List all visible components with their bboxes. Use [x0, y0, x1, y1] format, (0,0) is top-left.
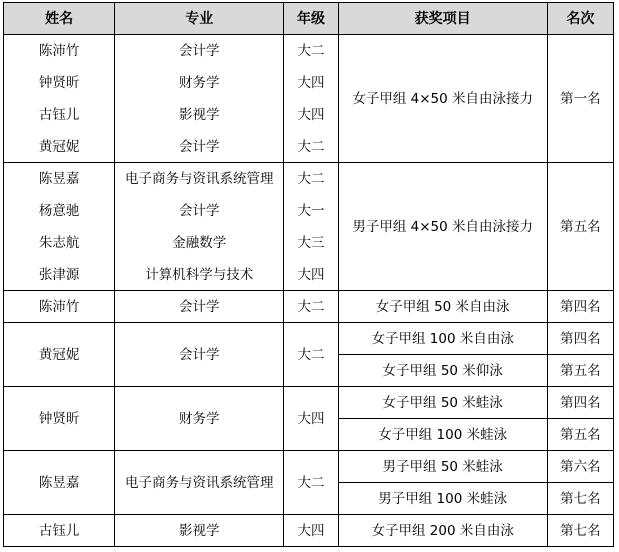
name-cell: 古钰儿 — [4, 515, 115, 547]
name-cell: 陈昱嘉 — [4, 451, 115, 515]
name-cell: 钟贤昕 — [4, 387, 115, 451]
member-grade: 大四 — [284, 259, 337, 291]
header-name: 姓名 — [4, 3, 115, 35]
relay-majors-cell: 电子商务与资讯系统管理 会计学 金融数学 计算机科学与技术 — [115, 163, 284, 291]
member-major: 金融数学 — [115, 227, 283, 259]
member-grade: 大三 — [284, 227, 337, 259]
major-cell: 会计学 — [115, 323, 284, 387]
grade-cell: 大四 — [284, 515, 338, 547]
individual-row: 陈昱嘉 电子商务与资讯系统管理 大二 男子甲组 50 米蛙泳 第六名 — [4, 451, 614, 483]
name-cell: 陈沛竹 — [4, 291, 115, 323]
member-major: 会计学 — [115, 131, 283, 163]
member-name: 朱志航 — [4, 227, 114, 259]
individual-row: 钟贤昕 财务学 大四 女子甲组 50 米蛙泳 第四名 — [4, 387, 614, 419]
member-name: 古钰儿 — [4, 99, 114, 131]
individual-row: 黄冠妮 会计学 大二 女子甲组 100 米自由泳 第四名 — [4, 323, 614, 355]
individual-row: 陈沛竹 会计学 大二 女子甲组 50 米自由泳 第四名 — [4, 291, 614, 323]
relay-group-row: 陈沛竹 钟贤昕 古钰儿 黄冠妮 会计学 财务学 影视学 会计学 大二 大四 — [4, 35, 614, 163]
rank-cell: 第四名 — [547, 387, 613, 419]
individual-row: 古钰儿 影视学 大四 女子甲组 200 米自由泳 第七名 — [4, 515, 614, 547]
grade-cell: 大二 — [284, 323, 338, 387]
member-grade: 大一 — [284, 195, 337, 227]
major-cell: 财务学 — [115, 387, 284, 451]
relay-event-cell: 女子甲组 4×50 米自由泳接力 — [338, 35, 547, 163]
header-major: 专业 — [115, 3, 284, 35]
member-name: 陈昱嘉 — [4, 163, 114, 195]
rank-cell: 第四名 — [547, 323, 613, 355]
member-name: 黄冠妮 — [4, 131, 114, 163]
event-cell: 女子甲组 50 米自由泳 — [338, 291, 547, 323]
grade-cell: 大四 — [284, 387, 338, 451]
event-cell: 女子甲组 100 米蛙泳 — [338, 419, 547, 451]
event-cell: 女子甲组 50 米蛙泳 — [338, 387, 547, 419]
member-major: 计算机科学与技术 — [115, 259, 283, 291]
rank-cell: 第六名 — [547, 451, 613, 483]
rank-cell: 第七名 — [547, 515, 613, 547]
event-cell: 女子甲组 200 米自由泳 — [338, 515, 547, 547]
member-name: 杨意驰 — [4, 195, 114, 227]
grade-cell: 大二 — [284, 451, 338, 515]
member-major: 会计学 — [115, 35, 283, 67]
member-major: 会计学 — [115, 195, 283, 227]
relay-names-cell: 陈昱嘉 杨意驰 朱志航 张津源 — [4, 163, 115, 291]
relay-rank-cell: 第五名 — [547, 163, 613, 291]
awards-table: 姓名 专业 年级 获奖项目 名次 陈沛竹 钟贤昕 古钰儿 黄冠妮 会计学 财务学 — [3, 2, 614, 547]
relay-rank-cell: 第一名 — [547, 35, 613, 163]
relay-majors-cell: 会计学 财务学 影视学 会计学 — [115, 35, 284, 163]
relay-names-cell: 陈沛竹 钟贤昕 古钰儿 黄冠妮 — [4, 35, 115, 163]
grade-cell: 大二 — [284, 291, 338, 323]
header-grade: 年级 — [284, 3, 338, 35]
major-cell: 影视学 — [115, 515, 284, 547]
member-major: 财务学 — [115, 67, 283, 99]
member-grade: 大四 — [284, 67, 337, 99]
relay-grades-cell: 大二 大一 大三 大四 — [284, 163, 338, 291]
event-cell: 男子甲组 50 米蛙泳 — [338, 451, 547, 483]
member-grade: 大二 — [284, 131, 337, 163]
rank-cell: 第五名 — [547, 355, 613, 387]
member-grade: 大四 — [284, 99, 337, 131]
member-major: 影视学 — [115, 99, 283, 131]
relay-grades-cell: 大二 大四 大四 大二 — [284, 35, 338, 163]
name-cell: 黄冠妮 — [4, 323, 115, 387]
event-cell: 男子甲组 100 米蛙泳 — [338, 483, 547, 515]
member-name: 陈沛竹 — [4, 35, 114, 67]
relay-group-row: 陈昱嘉 杨意驰 朱志航 张津源 电子商务与资讯系统管理 会计学 金融数学 计算机… — [4, 163, 614, 291]
rank-cell: 第四名 — [547, 291, 613, 323]
relay-event-cell: 男子甲组 4×50 米自由泳接力 — [338, 163, 547, 291]
header-rank: 名次 — [547, 3, 613, 35]
member-grade: 大二 — [284, 35, 337, 67]
member-name: 张津源 — [4, 259, 114, 291]
major-cell: 电子商务与资讯系统管理 — [115, 451, 284, 515]
member-name: 钟贤昕 — [4, 67, 114, 99]
event-cell: 女子甲组 50 米仰泳 — [338, 355, 547, 387]
rank-cell: 第五名 — [547, 419, 613, 451]
rank-cell: 第七名 — [547, 483, 613, 515]
member-grade: 大二 — [284, 163, 337, 195]
member-major: 电子商务与资讯系统管理 — [115, 163, 283, 195]
header-event: 获奖项目 — [338, 3, 547, 35]
event-cell: 女子甲组 100 米自由泳 — [338, 323, 547, 355]
major-cell: 会计学 — [115, 291, 284, 323]
header-row: 姓名 专业 年级 获奖项目 名次 — [4, 3, 614, 35]
